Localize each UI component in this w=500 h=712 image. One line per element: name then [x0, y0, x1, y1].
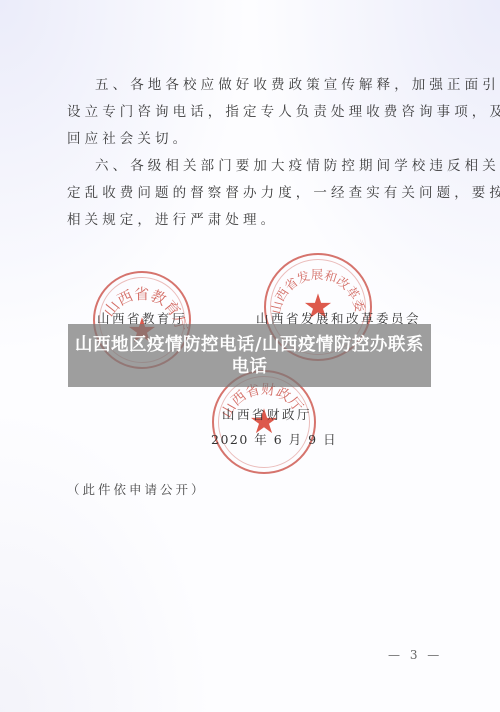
paragraph-six-line-3: 相关规定，进行严肃处理。: [67, 212, 447, 228]
paragraph-five-line-1: 五、各地各校应做好收费政策宣传解释，加强正面引导，: [95, 77, 475, 93]
paragraph-six-line-2: 定乱收费问题的督察督办力度，一经查实有关问题，要按照: [67, 185, 447, 201]
signature-finance-dept: 山西省财政厅: [222, 405, 312, 423]
paragraph-five-line-2: 设立专门咨询电话，指定专人负责处理收费咨询事项，及时: [67, 104, 447, 120]
title-banner: 山西地区疫情防控电话/山西疫情防控办联系电话: [68, 324, 431, 387]
document-page: 五、各地各校应做好收费政策宣传解释，加强正面引导， 设立专门咨询电话，指定专人负…: [0, 0, 500, 712]
paragraph-six-line-1: 六、各级相关部门要加大疫情防控期间学校违反相关规: [95, 158, 475, 174]
page-number: — 3 —: [388, 648, 442, 662]
disclosure-note: （此件依申请公开）: [67, 480, 207, 498]
banner-title: 山西地区疫情防控电话/山西疫情防控办联系电话: [75, 334, 425, 378]
paragraph-five-line-3: 回应社会关切。: [67, 131, 447, 147]
document-date: 2020 年 6 月 9 日: [211, 430, 337, 448]
